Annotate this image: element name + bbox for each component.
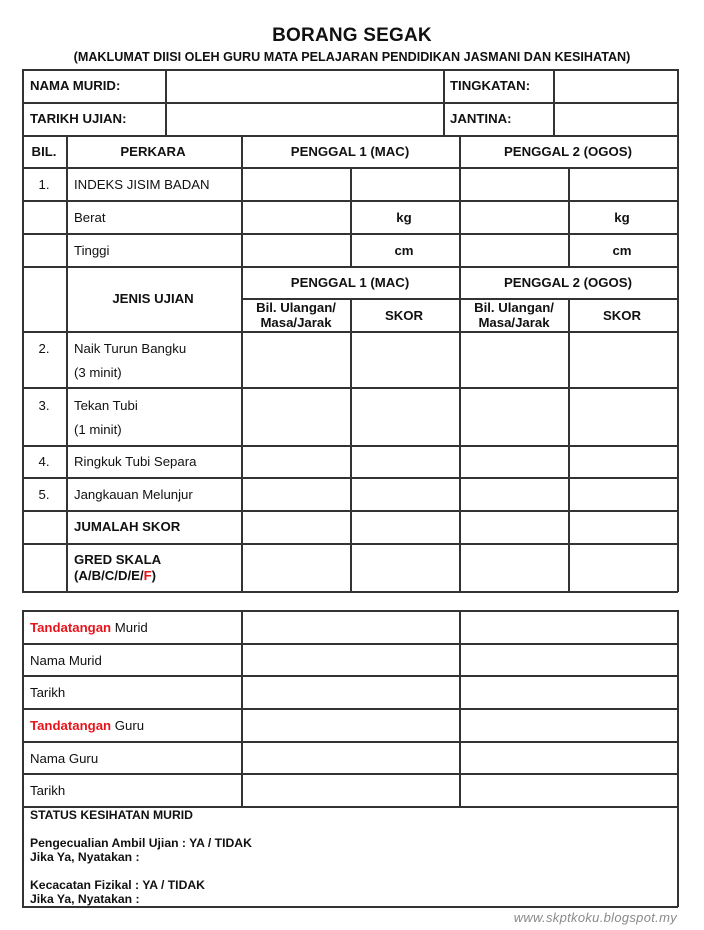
- total-score-label: JUMALAH SKOR: [74, 520, 180, 533]
- bmi-row-label: INDEKS JISIM BADAN: [74, 178, 210, 191]
- weight-unit-term2: kg: [614, 211, 629, 224]
- form-level-field[interactable]: [555, 71, 676, 101]
- disability-detail: Jika Ya, Nyatakan :: [30, 893, 140, 905]
- watermark: www.skptkoku.blogspot.my: [514, 910, 677, 925]
- bmi-row-bil: 1.: [39, 178, 50, 191]
- test-row-note: (1 minit): [74, 423, 122, 436]
- test-row-name: Tekan Tubi: [74, 399, 138, 412]
- signature-row-student-date: Tarikh: [30, 686, 65, 699]
- col-header-term2: PENGGAL 2 (OGOS): [504, 145, 632, 158]
- disability-question: Kecacatan Fizikal : YA / TIDAK: [30, 879, 205, 891]
- height-unit-term1: cm: [394, 244, 413, 257]
- col-header-perkara: PERKARA: [120, 145, 185, 158]
- test-header-term2: PENGGAL 2 (OGOS): [504, 276, 632, 289]
- weight-row-label: Berat: [74, 211, 106, 224]
- grade-scale-label: GRED SKALA: [74, 553, 161, 566]
- signature-row-teacher-date: Tarikh: [30, 784, 65, 797]
- test-row-bil: 4.: [39, 455, 50, 468]
- exemption-detail: Jika Ya, Nyatakan :: [30, 851, 140, 863]
- test-date-label: TARIKH UJIAN:: [30, 112, 126, 125]
- grade-scale-options: (A/B/C/D/E/F): [74, 569, 156, 582]
- test-row-name: Naik Turun Bangku: [74, 342, 186, 355]
- signature-row-teacher-sign: Tandatangan Guru: [30, 719, 144, 732]
- student-name-field[interactable]: [167, 71, 442, 101]
- signature-row-student-sign: Tandatangan Murid: [30, 621, 148, 634]
- col-header-bil: BIL.: [32, 145, 57, 158]
- height-row-label: Tinggi: [74, 244, 109, 257]
- test-row-note: (3 minit): [74, 366, 122, 379]
- test-date-field[interactable]: [167, 104, 442, 134]
- subheader-measure-term1: Bil. Ulangan/: [256, 301, 336, 314]
- height-unit-term2: cm: [612, 244, 631, 257]
- gender-label: JANTINA:: [450, 112, 512, 125]
- student-name-label: NAMA MURID:: [30, 79, 120, 92]
- test-row-name: Ringkuk Tubi Separa: [74, 455, 196, 468]
- subheader-score-term1: SKOR: [385, 309, 423, 322]
- signature-row-student-name: Nama Murid: [30, 654, 102, 667]
- exemption-question: Pengecualian Ambil Ujian : YA / TIDAK: [30, 837, 252, 849]
- subheader-measure-term1-l2: Masa/Jarak: [260, 316, 331, 329]
- subheader-score-term2: SKOR: [603, 309, 641, 322]
- jenis-ujian-header: JENIS UJIAN: [112, 292, 193, 305]
- test-row-bil: 5.: [39, 488, 50, 501]
- col-header-term1: PENGGAL 1 (MAC): [291, 145, 409, 158]
- subheader-measure-term2-l2: Masa/Jarak: [478, 316, 549, 329]
- subheader-measure-term2: Bil. Ulangan/: [474, 301, 554, 314]
- test-header-term1: PENGGAL 1 (MAC): [291, 276, 409, 289]
- form-subtitle: (MAKLUMAT DIISI OLEH GURU MATA PELAJARAN…: [0, 50, 704, 64]
- signature-row-teacher-name: Nama Guru: [30, 752, 98, 765]
- test-row-bil: 2.: [39, 342, 50, 355]
- form-title: BORANG SEGAK: [0, 25, 704, 47]
- health-status-title: STATUS KESIHATAN MURID: [30, 809, 193, 821]
- grade-fail-letter: F: [144, 568, 152, 583]
- test-row-bil: 3.: [39, 399, 50, 412]
- gender-field[interactable]: [555, 104, 676, 134]
- weight-unit-term1: kg: [396, 211, 411, 224]
- test-row-name: Jangkauan Melunjur: [74, 488, 193, 501]
- form-level-label: TINGKATAN:: [450, 79, 530, 92]
